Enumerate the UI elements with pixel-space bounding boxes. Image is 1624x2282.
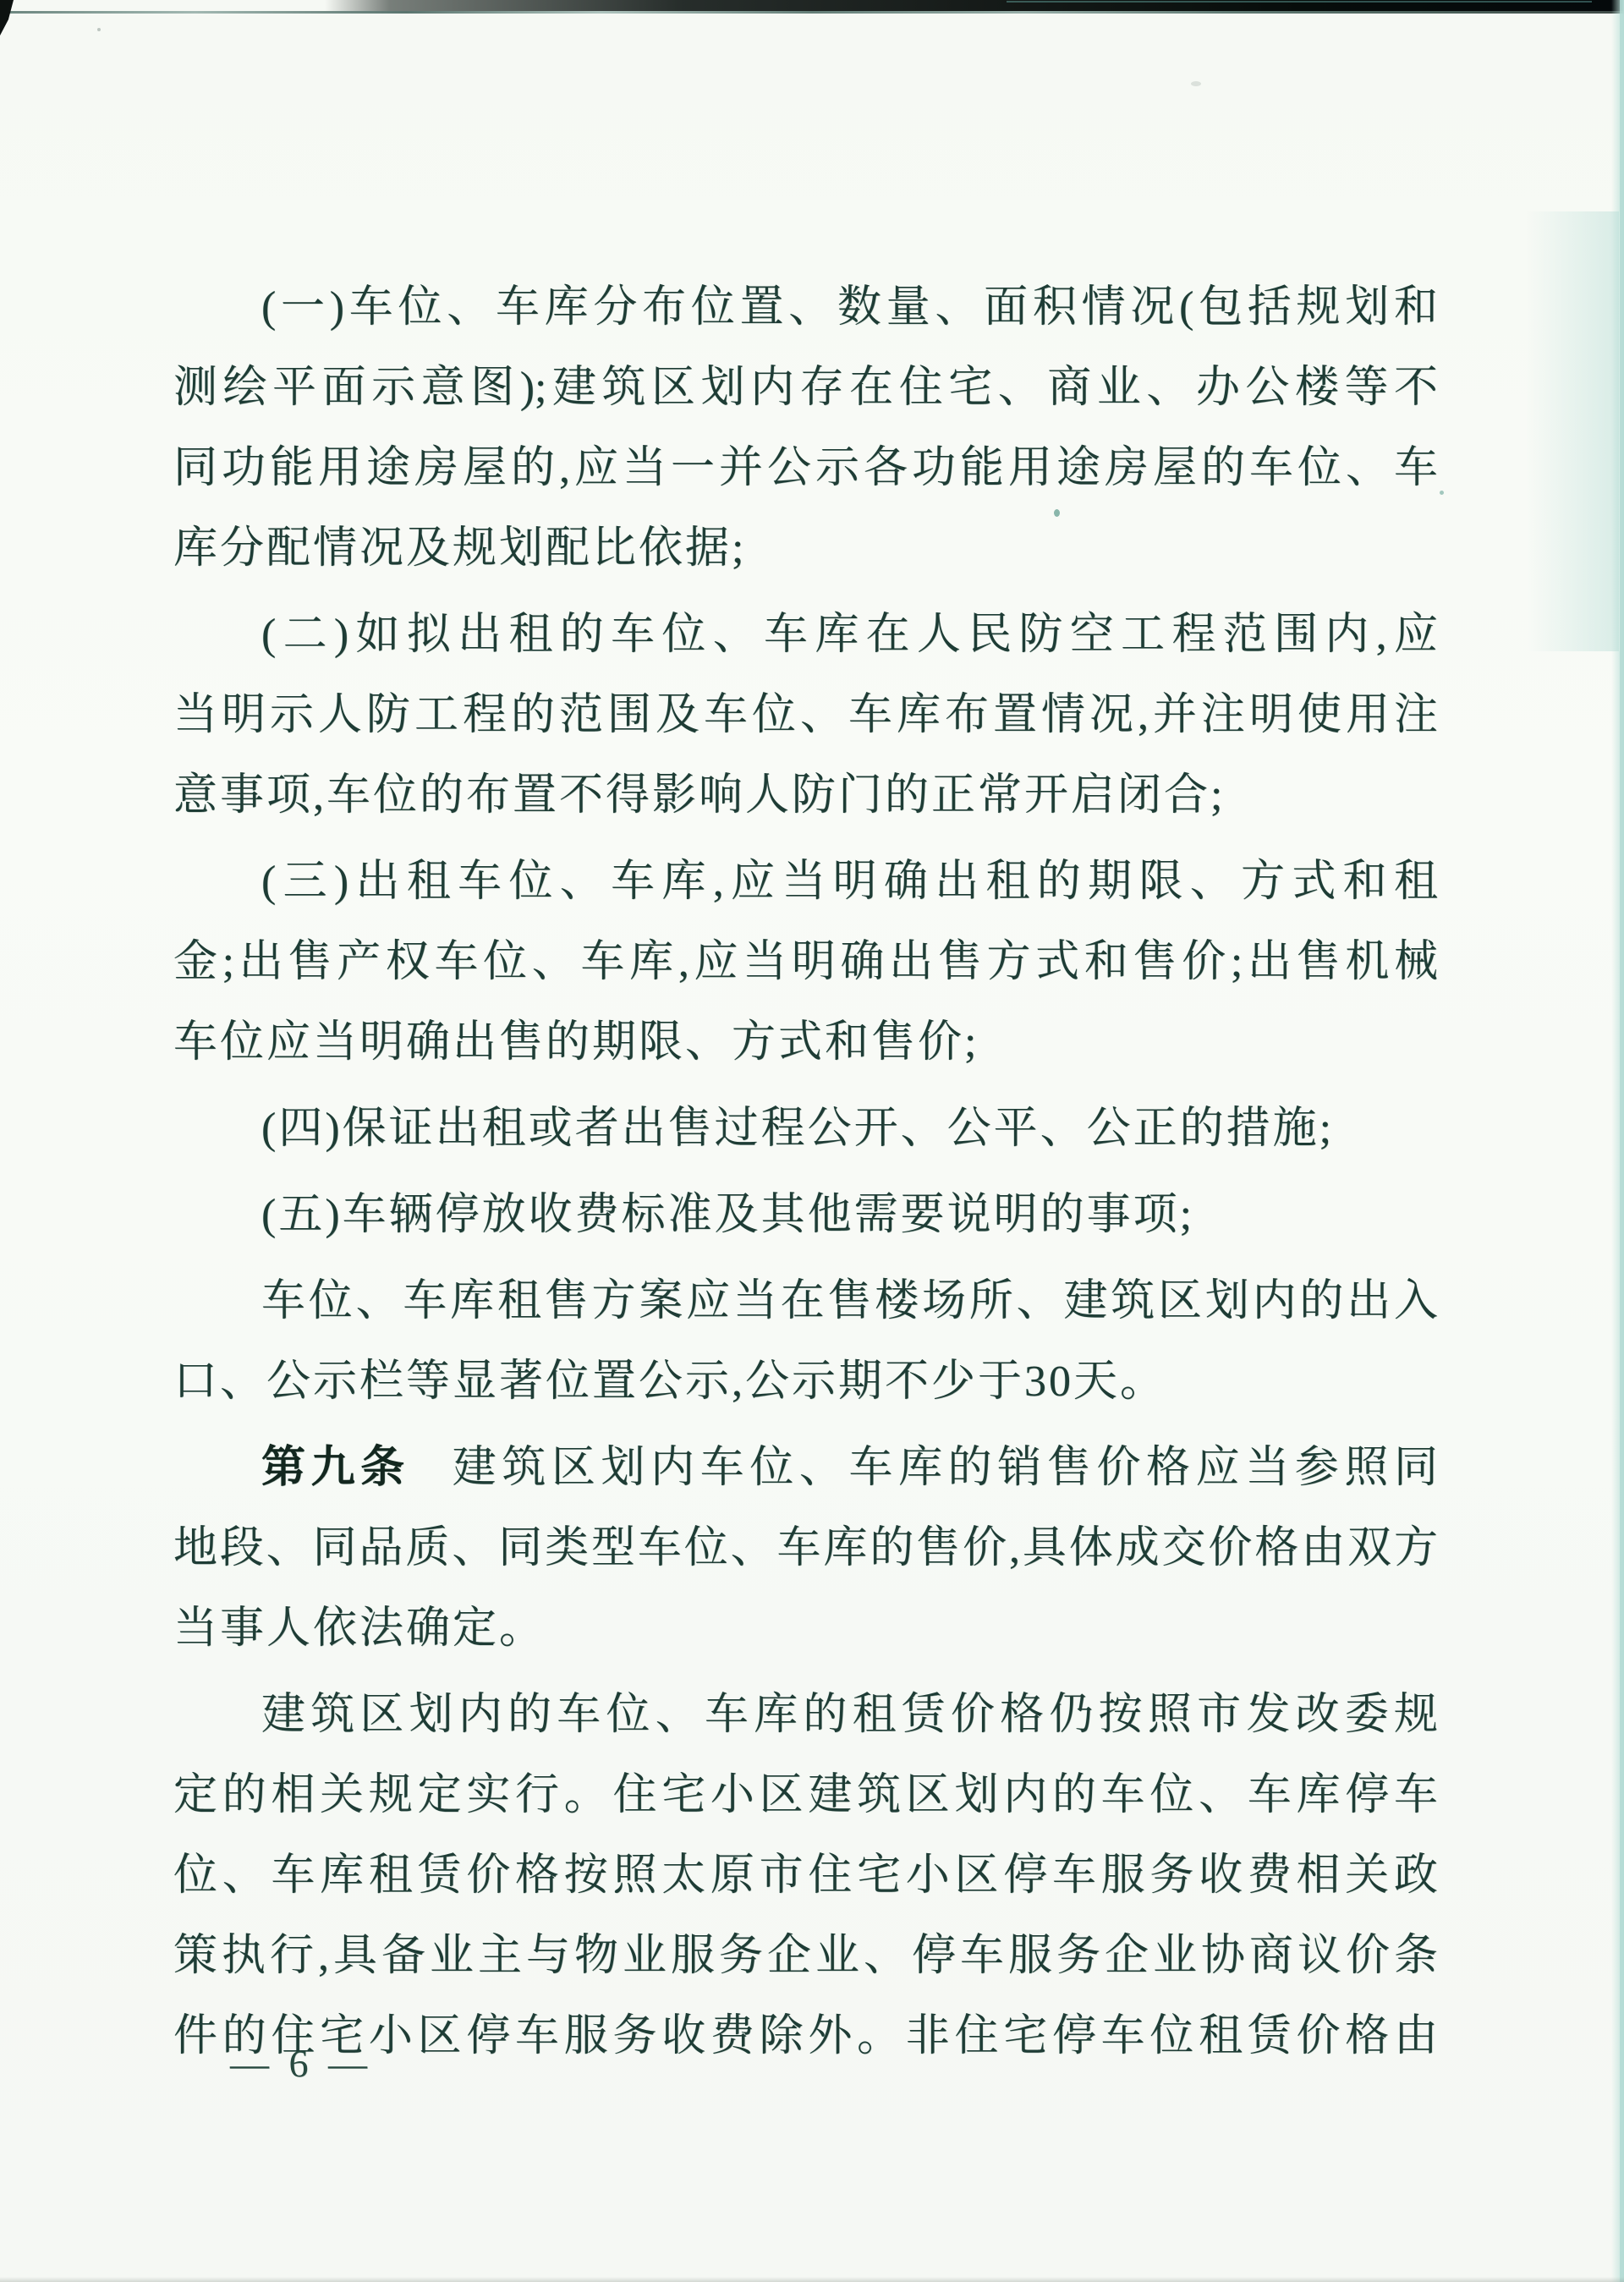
paragraph-rental-price: 建筑区划内的车位、车库的租赁价格仍按照市发改委规 定的相关规定实行。住宅小区建筑… bbox=[173, 1675, 1438, 2076]
scan-artifact-right-edge bbox=[1620, 0, 1624, 2282]
article-number: 第九条 bbox=[261, 1444, 410, 1492]
paragraph-article-9: 第九条建筑区划内车位、车库的销售价格应当参照同 地段、同品质、同类型车位、车库的… bbox=[173, 1428, 1438, 1669]
scan-speck bbox=[97, 28, 101, 31]
scan-artifact-line bbox=[0, 11, 1624, 14]
text-line: 当事人依法确定。 bbox=[173, 1588, 1438, 1669]
document-body: (一)车位、车库分布位置、数量、面积情况(包括规划和 测绘平面示意图);建筑区划… bbox=[173, 267, 1438, 2082]
text-run: 建筑区划内车位、车库的销售价格应当参照同 bbox=[453, 1444, 1438, 1492]
text-line: 车位、车库租售方案应当在售楼场所、建筑区划内的出入 bbox=[173, 1261, 1438, 1341]
paragraph-item-3: (三)出租车位、车库,应当明确出租的期限、方式和租 金;出售产权车位、车库,应当… bbox=[173, 842, 1438, 1083]
paragraph-item-5: (五)车辆停放收费标准及其他需要说明的事项; bbox=[173, 1175, 1438, 1255]
scan-speck bbox=[1440, 491, 1444, 495]
scan-artifact-corner bbox=[0, 0, 14, 36]
paragraph-item-1: (一)车位、车库分布位置、数量、面积情况(包括规划和 测绘平面示意图);建筑区划… bbox=[173, 267, 1438, 589]
scan-artifact-bottom-edge bbox=[0, 2277, 1624, 2282]
paragraph-item-4: (四)保证出租或者出售过程公开、公平、公正的措施; bbox=[173, 1089, 1438, 1169]
text-line: 地段、同品质、同类型车位、车库的售价,具体成交价格由双方 bbox=[173, 1508, 1438, 1588]
text-line: 测绘平面示意图);建筑区划内存在住宅、商业、办公楼等不 bbox=[173, 348, 1438, 428]
text-line: 策执行,具备业主与物业服务企业、停车服务企业协商议价条 bbox=[173, 1916, 1438, 1996]
text-line: 第九条建筑区划内车位、车库的销售价格应当参照同 bbox=[173, 1428, 1438, 1508]
text-line: (五)车辆停放收费标准及其他需要说明的事项; bbox=[173, 1175, 1438, 1255]
text-line: (一)车位、车库分布位置、数量、面积情况(包括规划和 bbox=[173, 267, 1438, 348]
paragraph-item-2: (二)如拟出租的车位、车库在人民防空工程范围内,应 当明示人防工程的范围及车位、… bbox=[173, 595, 1438, 836]
text-line: (三)出租车位、车库,应当明确出租的期限、方式和租 bbox=[173, 842, 1438, 922]
text-line: 意事项,车位的布置不得影响人防门的正常开启闭合; bbox=[173, 755, 1438, 836]
text-line: 同功能用途房屋的,应当一并公示各功能用途房屋的车位、车 bbox=[173, 428, 1438, 508]
text-line: 位、车库租赁价格按照太原市住宅小区停车服务收费相关政 bbox=[173, 1835, 1438, 1916]
text-line: 定的相关规定实行。住宅小区建筑区划内的车位、车库停车 bbox=[173, 1755, 1438, 1835]
paragraph-publicity: 车位、车库租售方案应当在售楼场所、建筑区划内的出入 口、公示栏等显著位置公示,公… bbox=[173, 1261, 1438, 1422]
text-line: 车位应当明确出售的期限、方式和售价; bbox=[173, 1002, 1438, 1083]
document-page: (一)车位、车库分布位置、数量、面积情况(包括规划和 测绘平面示意图);建筑区划… bbox=[0, 0, 1624, 2282]
text-line: 建筑区划内的车位、车库的租赁价格仍按照市发改委规 bbox=[173, 1675, 1438, 1755]
text-line: 库分配情况及规划配比依据; bbox=[173, 508, 1438, 589]
text-line: (二)如拟出租的车位、车库在人民防空工程范围内,应 bbox=[173, 595, 1438, 675]
scan-speck bbox=[1191, 81, 1201, 86]
page-number: — 6 — bbox=[230, 2041, 372, 2092]
text-line: 口、公示栏等显著位置公示,公示期不少于30天。 bbox=[173, 1341, 1438, 1422]
text-line: 当明示人防工程的范围及车位、车库布置情况,并注明使用注 bbox=[173, 675, 1438, 755]
text-line: (四)保证出租或者出售过程公开、公平、公正的措施; bbox=[173, 1089, 1438, 1169]
text-line: 金;出售产权车位、车库,应当明确出售方式和售价;出售机械 bbox=[173, 922, 1438, 1002]
scan-artifact-right-wash bbox=[1526, 211, 1619, 651]
scan-artifact-top-band bbox=[0, 0, 1624, 11]
